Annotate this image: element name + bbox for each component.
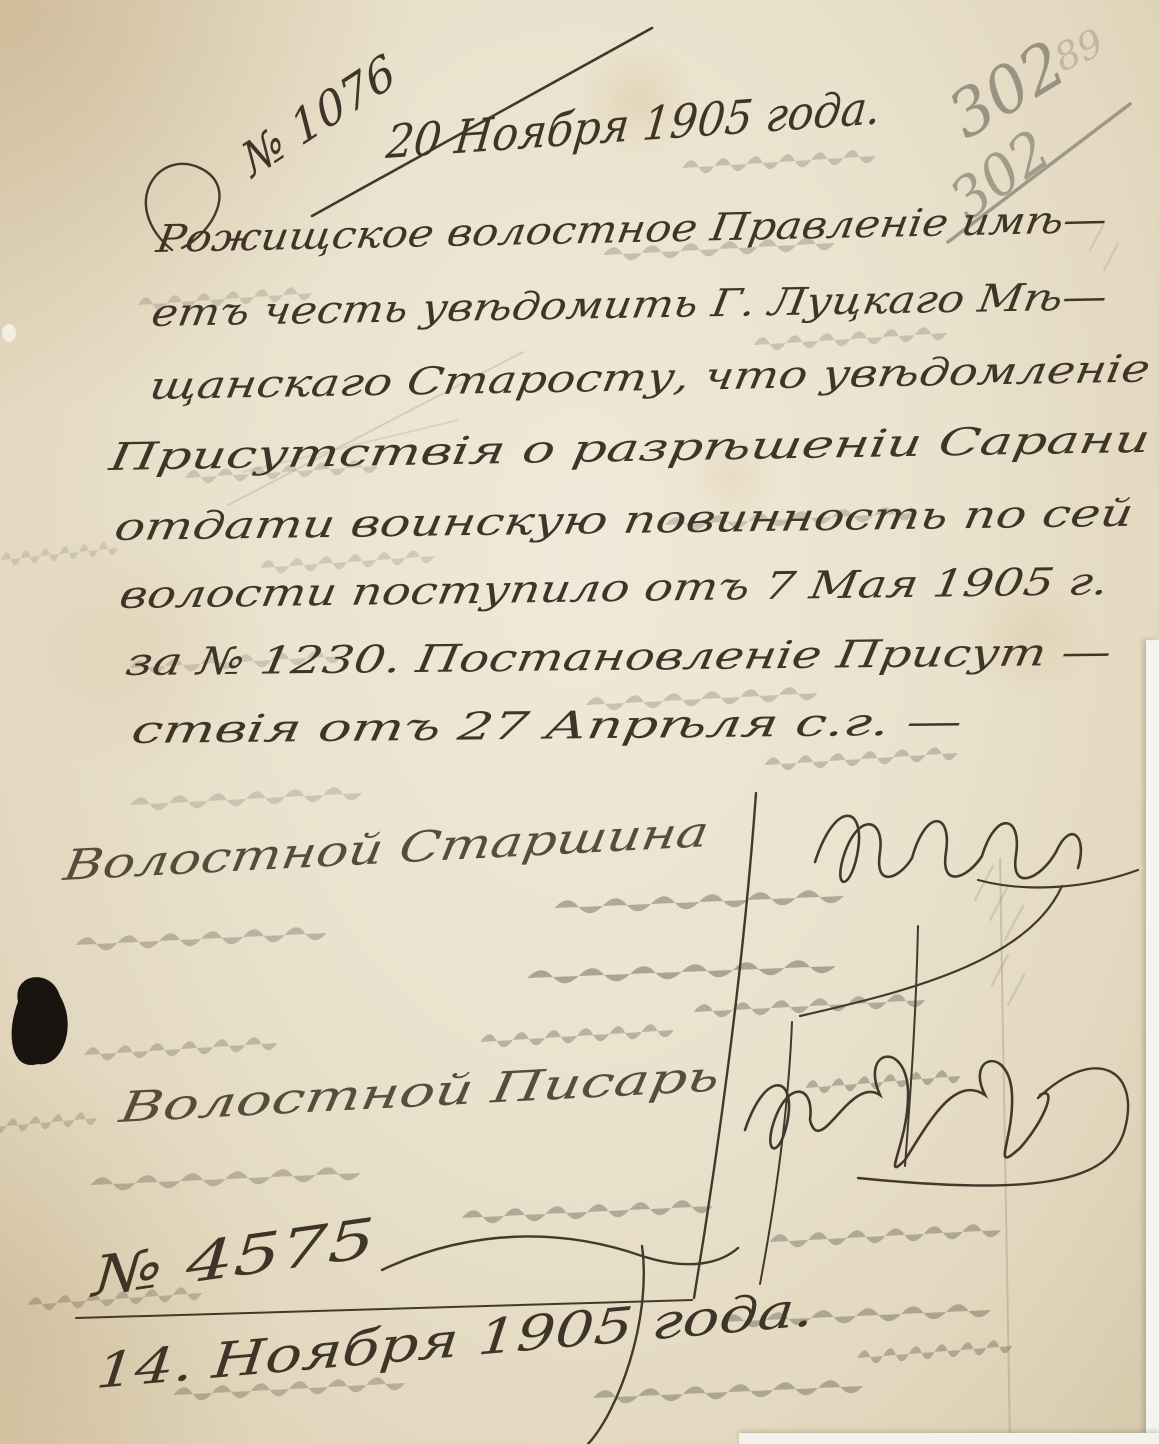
body-line: етъ честь увѣдомить Г. Луцкаго Мѣ—: [148, 275, 1110, 336]
handwriting-layer: 302 302 89 № 1076 20 Ноября 1905 года. Р…: [0, 0, 1159, 1444]
elder-pen-descender-stroke: [694, 793, 756, 1298]
scan-background-edge-right: [1146, 640, 1159, 1444]
body-paragraph: Рожищское волостное Правленіе имѣ— етъ ч…: [105, 164, 1153, 753]
ink-blot: [12, 977, 68, 1065]
clerk-pen-stroke-1: [760, 1022, 792, 1284]
doc-number-diagonal: № 1076: [232, 43, 404, 189]
signature-title-elder: Волостной Старшина: [59, 808, 712, 891]
bleedthrough-ghost-lines: [0, 150, 1138, 1403]
body-line: Рожищское волостное Правленіе имѣ—: [152, 197, 1110, 262]
elder-signature-flourish: [815, 816, 1081, 882]
body-line: щанскаго Старосту, что увѣдомленіе: [146, 347, 1153, 409]
body-line: Присутствія о разрѣшеніи Сарани: [105, 417, 1153, 480]
elder-signature-underline: [978, 870, 1138, 887]
body-line: ствія отъ 27 Апрѣля с.г. —: [128, 700, 965, 753]
footer-date: 14. Ноября 1905 года.: [94, 1281, 816, 1400]
paper-hole: [2, 324, 16, 342]
footer-ref-number: № 4575: [89, 1205, 376, 1309]
signature-title-clerk: Волостной Писарь: [115, 1053, 723, 1133]
document-scan: 302 302 89 № 1076 20 Ноября 1905 года. Р…: [0, 0, 1159, 1444]
scan-background-edge-bottom: [739, 1433, 1159, 1444]
header-date-line: 20 Ноября 1905 года.: [383, 80, 883, 169]
clerk-signature-tail: [858, 1068, 1128, 1185]
body-line: волости поступило отъ 7 Мая 1905 г.: [116, 559, 1111, 618]
footer-number-flourish: [382, 1236, 738, 1270]
clerk-pen-stroke-2: [905, 926, 918, 1166]
body-line: отдати воинскую повинность по сей: [111, 491, 1136, 550]
footer-block: № 4575 14. Ноября 1905 года.: [76, 1205, 816, 1444]
body-line: за № 1230. Постановленіе Присут —: [122, 630, 1114, 685]
